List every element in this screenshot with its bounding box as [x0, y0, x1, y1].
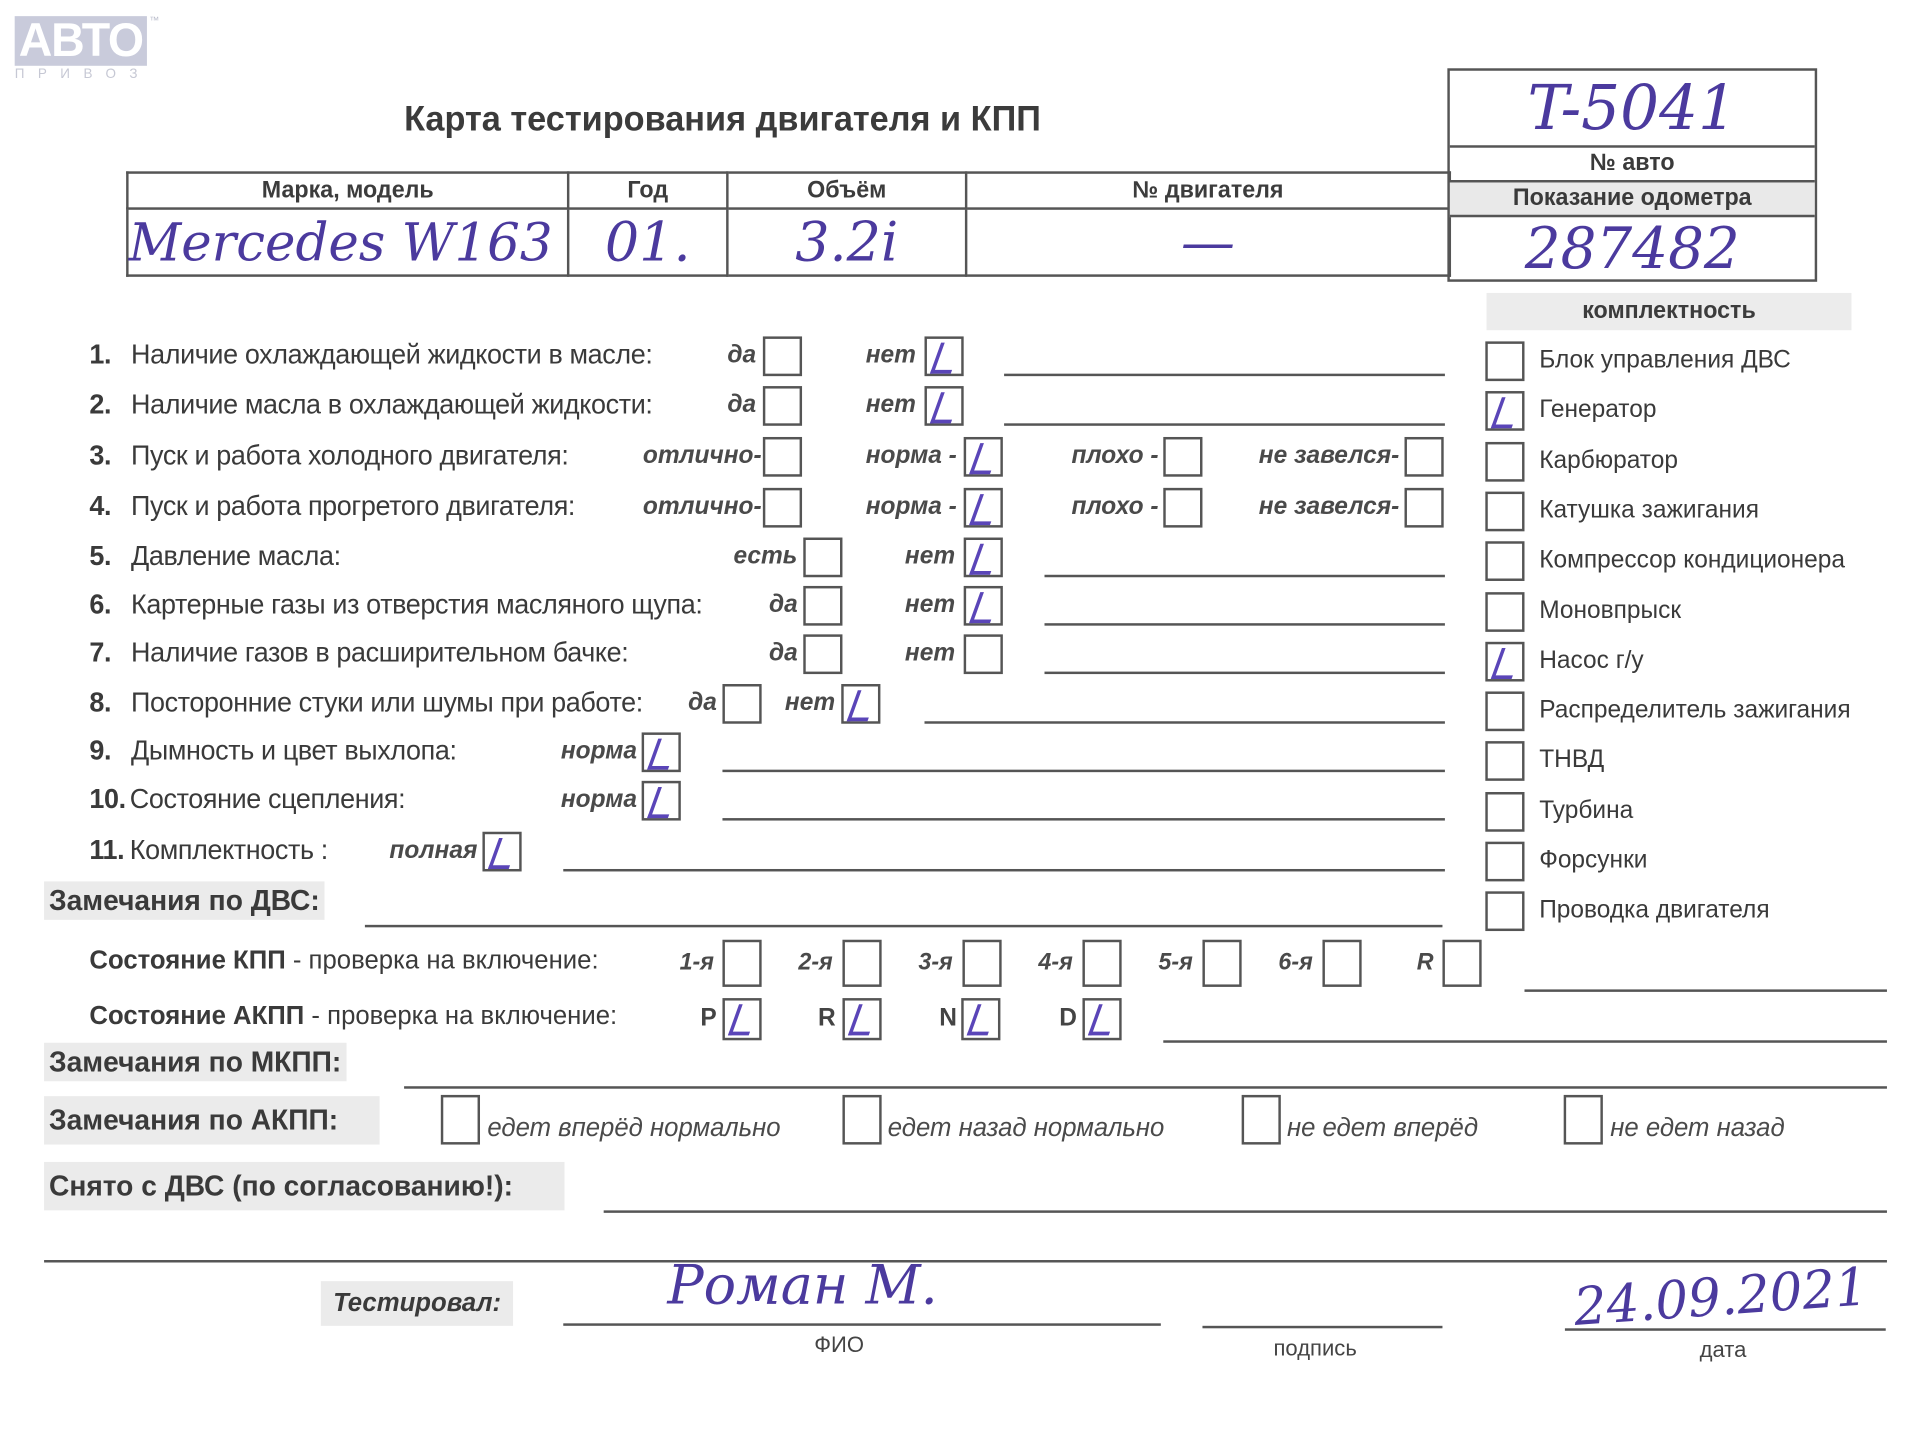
question-number: 11.: [89, 834, 124, 866]
question-number: 4.: [89, 490, 111, 522]
auto-gearbox-line[interactable]: [1163, 1040, 1887, 1042]
auto-remark-checkbox[interactable]: [441, 1095, 480, 1145]
option-checkbox[interactable]: [841, 684, 880, 724]
auto-gear-checkbox[interactable]: [1082, 998, 1121, 1040]
gear-checkbox[interactable]: [1202, 940, 1241, 987]
question-text: Картерные газы из отверстия масляного щу…: [131, 588, 702, 620]
question-text: Пуск и работа прогретого двигателя:: [131, 490, 575, 522]
question-notes-line[interactable]: [1004, 374, 1445, 376]
completeness-item-label: Форсунки: [1539, 847, 1647, 876]
option-label: норма -: [866, 493, 957, 522]
option-label: да: [688, 689, 717, 718]
question-number: 2.: [89, 389, 111, 421]
option-checkbox[interactable]: [1405, 437, 1444, 477]
option-label: нет: [866, 341, 916, 370]
year-field[interactable]: 01.: [568, 209, 727, 276]
manual-remarks-label: Замечания по МКПП:: [44, 1043, 346, 1081]
question-notes-line[interactable]: [563, 869, 1445, 871]
tester-name-field[interactable]: Роман М.: [667, 1254, 937, 1317]
option-checkbox[interactable]: [964, 586, 1003, 626]
option-label: не завелся-: [1259, 442, 1400, 471]
question-text: Состояние сцепления:: [130, 783, 405, 815]
option-label: полная: [389, 837, 477, 866]
option-label: отлично-: [643, 493, 762, 522]
question-number: 3.: [89, 439, 111, 471]
car-number-label: № авто: [1450, 148, 1815, 183]
option-checkbox[interactable]: [1405, 488, 1444, 528]
gear-label: 2-я: [798, 950, 832, 977]
auto-remarks-label: Замечания по АКПП:: [44, 1096, 380, 1144]
option-label: нет: [866, 391, 916, 420]
option-checkbox[interactable]: [964, 488, 1003, 528]
gear-checkbox[interactable]: [1082, 940, 1121, 987]
completeness-checkbox[interactable]: [1485, 892, 1524, 932]
completeness-checkbox[interactable]: [1485, 742, 1524, 782]
removed-parts-line-2[interactable]: [44, 1260, 1887, 1262]
option-checkbox[interactable]: [763, 437, 802, 477]
auto-remark-checkbox[interactable]: [842, 1095, 881, 1145]
option-label: нет: [785, 689, 835, 718]
manual-gearbox-line[interactable]: [1525, 989, 1887, 991]
gear-checkbox[interactable]: [842, 940, 881, 987]
gear-checkbox[interactable]: [962, 940, 1001, 987]
engine-number-field[interactable]: —: [966, 209, 1450, 276]
car-number-odometer-box: T-5041 № авто Показание одометра 287482: [1447, 68, 1817, 282]
car-number-field[interactable]: T-5041: [1450, 71, 1815, 148]
gear-checkbox[interactable]: [1322, 940, 1361, 987]
gear-label: R: [1417, 950, 1434, 977]
option-label: норма: [561, 786, 637, 815]
auto-remark-label: едет вперёд нормально: [487, 1114, 780, 1144]
completeness-title: комплектность: [1487, 293, 1852, 330]
signature-line[interactable]: [1202, 1326, 1442, 1328]
document-title: Карта тестирования двигателя и КПП: [404, 99, 1041, 139]
header-engine-number: № двигателя: [966, 173, 1450, 209]
manual-gearbox-label-rest: - проверка на включение:: [286, 946, 599, 975]
trademark-mark: ™: [149, 15, 159, 26]
brand-logo: АВТО: [15, 16, 147, 66]
auto-gear-label: N: [939, 1004, 957, 1033]
odometer-label: Показание одометра: [1450, 182, 1815, 217]
gear-label: 1-я: [680, 950, 714, 977]
option-label: да: [769, 639, 798, 668]
auto-gear-label: P: [700, 1004, 716, 1033]
completeness-item-label: Блок управления ДВС: [1539, 346, 1791, 375]
question-number: 1.: [89, 339, 111, 371]
question-text: Давление масла:: [131, 540, 341, 572]
completeness-checkbox[interactable]: [1485, 441, 1524, 481]
make-model-field[interactable]: Mercedes W163: [127, 209, 568, 276]
completeness-checkbox[interactable]: [1485, 391, 1524, 431]
question-notes-line[interactable]: [1044, 623, 1444, 625]
option-checkbox[interactable]: [763, 386, 802, 426]
question-notes-line[interactable]: [722, 770, 1444, 772]
auto-gear-label: D: [1059, 1004, 1077, 1033]
question-text: Наличие охлаждающей жидкости в масле:: [131, 339, 652, 371]
gear-label: 3-я: [918, 950, 952, 977]
question-text: Комплектность :: [130, 834, 328, 866]
auto-gearbox-label-rest: - проверка на включение:: [304, 1002, 617, 1031]
option-label: плохо -: [1071, 442, 1158, 471]
auto-remark-checkbox[interactable]: [1564, 1095, 1603, 1145]
auto-gearbox-label: Состояние АКПП - проверка на включение:: [89, 1002, 617, 1032]
engine-remarks-line[interactable]: [365, 925, 1443, 927]
option-label: нет: [905, 542, 955, 571]
removed-parts-line[interactable]: [604, 1210, 1887, 1212]
vehicle-info-table: Марка, модель Год Объём № двигателя Merc…: [126, 171, 1451, 277]
option-checkbox[interactable]: [964, 634, 1003, 674]
completeness-checkbox[interactable]: [1485, 592, 1524, 632]
header-volume: Объём: [727, 173, 966, 209]
question-number: 5.: [89, 540, 111, 572]
option-label: не завелся-: [1259, 493, 1400, 522]
question-number: 7.: [89, 637, 111, 669]
auto-gear-checkbox[interactable]: [722, 998, 761, 1040]
option-label: норма: [561, 737, 637, 766]
option-label: да: [727, 341, 756, 370]
option-checkbox[interactable]: [763, 336, 802, 376]
question-text: Дымность и цвет выхлопа:: [131, 735, 457, 767]
question-notes-line[interactable]: [1044, 672, 1444, 674]
option-checkbox[interactable]: [924, 386, 963, 426]
brand-logo-subtitle: ПРИВОЗ: [15, 67, 150, 82]
completeness-checkbox[interactable]: [1485, 842, 1524, 882]
signature-caption: подпись: [1273, 1336, 1356, 1362]
completeness-item-label: Распределитель зажигания: [1539, 697, 1850, 726]
option-label: да: [727, 391, 756, 420]
option-checkbox[interactable]: [964, 437, 1003, 477]
completeness-item-label: Карбюратор: [1539, 446, 1678, 475]
option-label: норма -: [866, 442, 957, 471]
option-checkbox[interactable]: [1163, 488, 1202, 528]
manual-remarks-line[interactable]: [404, 1086, 1887, 1088]
question-notes-line[interactable]: [1044, 575, 1444, 577]
question-text: Пуск и работа холодного двигателя:: [131, 439, 568, 471]
question-notes-line[interactable]: [722, 818, 1444, 820]
engine-remarks-label: Замечания по ДВС:: [44, 881, 325, 919]
question-number: 9.: [89, 735, 111, 767]
gear-label: 4-я: [1038, 950, 1072, 977]
option-label: нет: [905, 591, 955, 620]
question-notes-line[interactable]: [924, 721, 1444, 723]
auto-remark-label: не едет вперёд: [1287, 1114, 1478, 1144]
question-notes-line[interactable]: [1004, 423, 1445, 425]
auto-gear-label: R: [818, 1004, 836, 1033]
gear-checkbox[interactable]: [1442, 940, 1481, 987]
option-checkbox[interactable]: [642, 781, 681, 821]
date-field[interactable]: 24.09.2021: [1572, 1256, 1870, 1338]
completeness-item-label: Турбина: [1539, 797, 1633, 826]
completeness-checkbox[interactable]: [1485, 642, 1524, 682]
completeness-item-label: Генератор: [1539, 396, 1656, 425]
completeness-checkbox[interactable]: [1485, 692, 1524, 732]
name-caption: ФИО: [814, 1332, 864, 1358]
gear-checkbox[interactable]: [722, 940, 761, 987]
completeness-checkbox[interactable]: [1485, 341, 1524, 381]
header-year: Год: [568, 173, 727, 209]
completeness-checkbox[interactable]: [1485, 491, 1524, 531]
option-checkbox[interactable]: [803, 634, 842, 674]
auto-gearbox-label-bold: Состояние АКПП: [89, 1002, 304, 1031]
completeness-item-label: Насос г/у: [1539, 647, 1643, 676]
manual-gearbox-label: Состояние КПП - проверка на включение:: [89, 946, 598, 976]
option-checkbox[interactable]: [964, 538, 1003, 578]
volume-field[interactable]: 3.2i: [727, 209, 966, 276]
completeness-item-label: Моновпрыск: [1539, 596, 1681, 625]
date-caption: дата: [1700, 1337, 1747, 1363]
completeness-checkbox[interactable]: [1485, 541, 1524, 581]
question-number: 8.: [89, 686, 111, 718]
option-label: отлично-: [643, 442, 762, 471]
gear-label: 5-я: [1158, 950, 1192, 977]
completeness-checkbox[interactable]: [1485, 792, 1524, 832]
option-checkbox[interactable]: [1163, 437, 1202, 477]
option-checkbox[interactable]: [763, 488, 802, 528]
tester-name-line: [563, 1323, 1161, 1325]
odometer-field[interactable]: 287482: [1450, 217, 1815, 279]
auto-remark-label: не едет назад: [1610, 1114, 1784, 1144]
option-checkbox[interactable]: [642, 732, 681, 772]
option-checkbox[interactable]: [924, 336, 963, 376]
header-make-model: Марка, модель: [127, 173, 568, 209]
option-label: нет: [905, 639, 955, 668]
tested-by-label: Тестировал:: [321, 1281, 513, 1326]
manual-gearbox-label-bold: Состояние КПП: [89, 946, 285, 975]
date-line: [1565, 1328, 1886, 1330]
question-text: Наличие газов в расширительном бачке:: [131, 637, 628, 669]
question-number: 10.: [89, 783, 125, 815]
test-card-document: АВТО ™ ПРИВОЗ Карта тестирования двигате…: [0, 0, 1920, 1440]
completeness-item-label: Катушка зажигания: [1539, 496, 1759, 525]
auto-remark-label: едет назад нормально: [888, 1114, 1165, 1144]
removed-parts-label: Снято с ДВС (по согласованию!):: [44, 1162, 564, 1210]
option-checkbox[interactable]: [803, 586, 842, 626]
option-label: есть: [733, 542, 797, 571]
option-checkbox[interactable]: [803, 538, 842, 578]
option-label: да: [769, 591, 798, 620]
gear-label: 6-я: [1278, 950, 1312, 977]
question-text: Посторонние стуки или шумы при работе:: [131, 686, 643, 718]
question-number: 6.: [89, 588, 111, 620]
completeness-item-label: ТНВД: [1539, 747, 1604, 776]
auto-gear-checkbox[interactable]: [961, 998, 1000, 1040]
completeness-item-label: Компрессор кондиционера: [1539, 546, 1845, 575]
question-text: Наличие масла в охлаждающей жидкости:: [131, 389, 652, 421]
auto-gear-checkbox[interactable]: [842, 998, 881, 1040]
option-checkbox[interactable]: [482, 832, 521, 872]
completeness-item-label: Проводка двигателя: [1539, 897, 1769, 926]
option-label: плохо -: [1071, 493, 1158, 522]
option-checkbox[interactable]: [722, 684, 761, 724]
auto-remark-checkbox[interactable]: [1242, 1095, 1281, 1145]
